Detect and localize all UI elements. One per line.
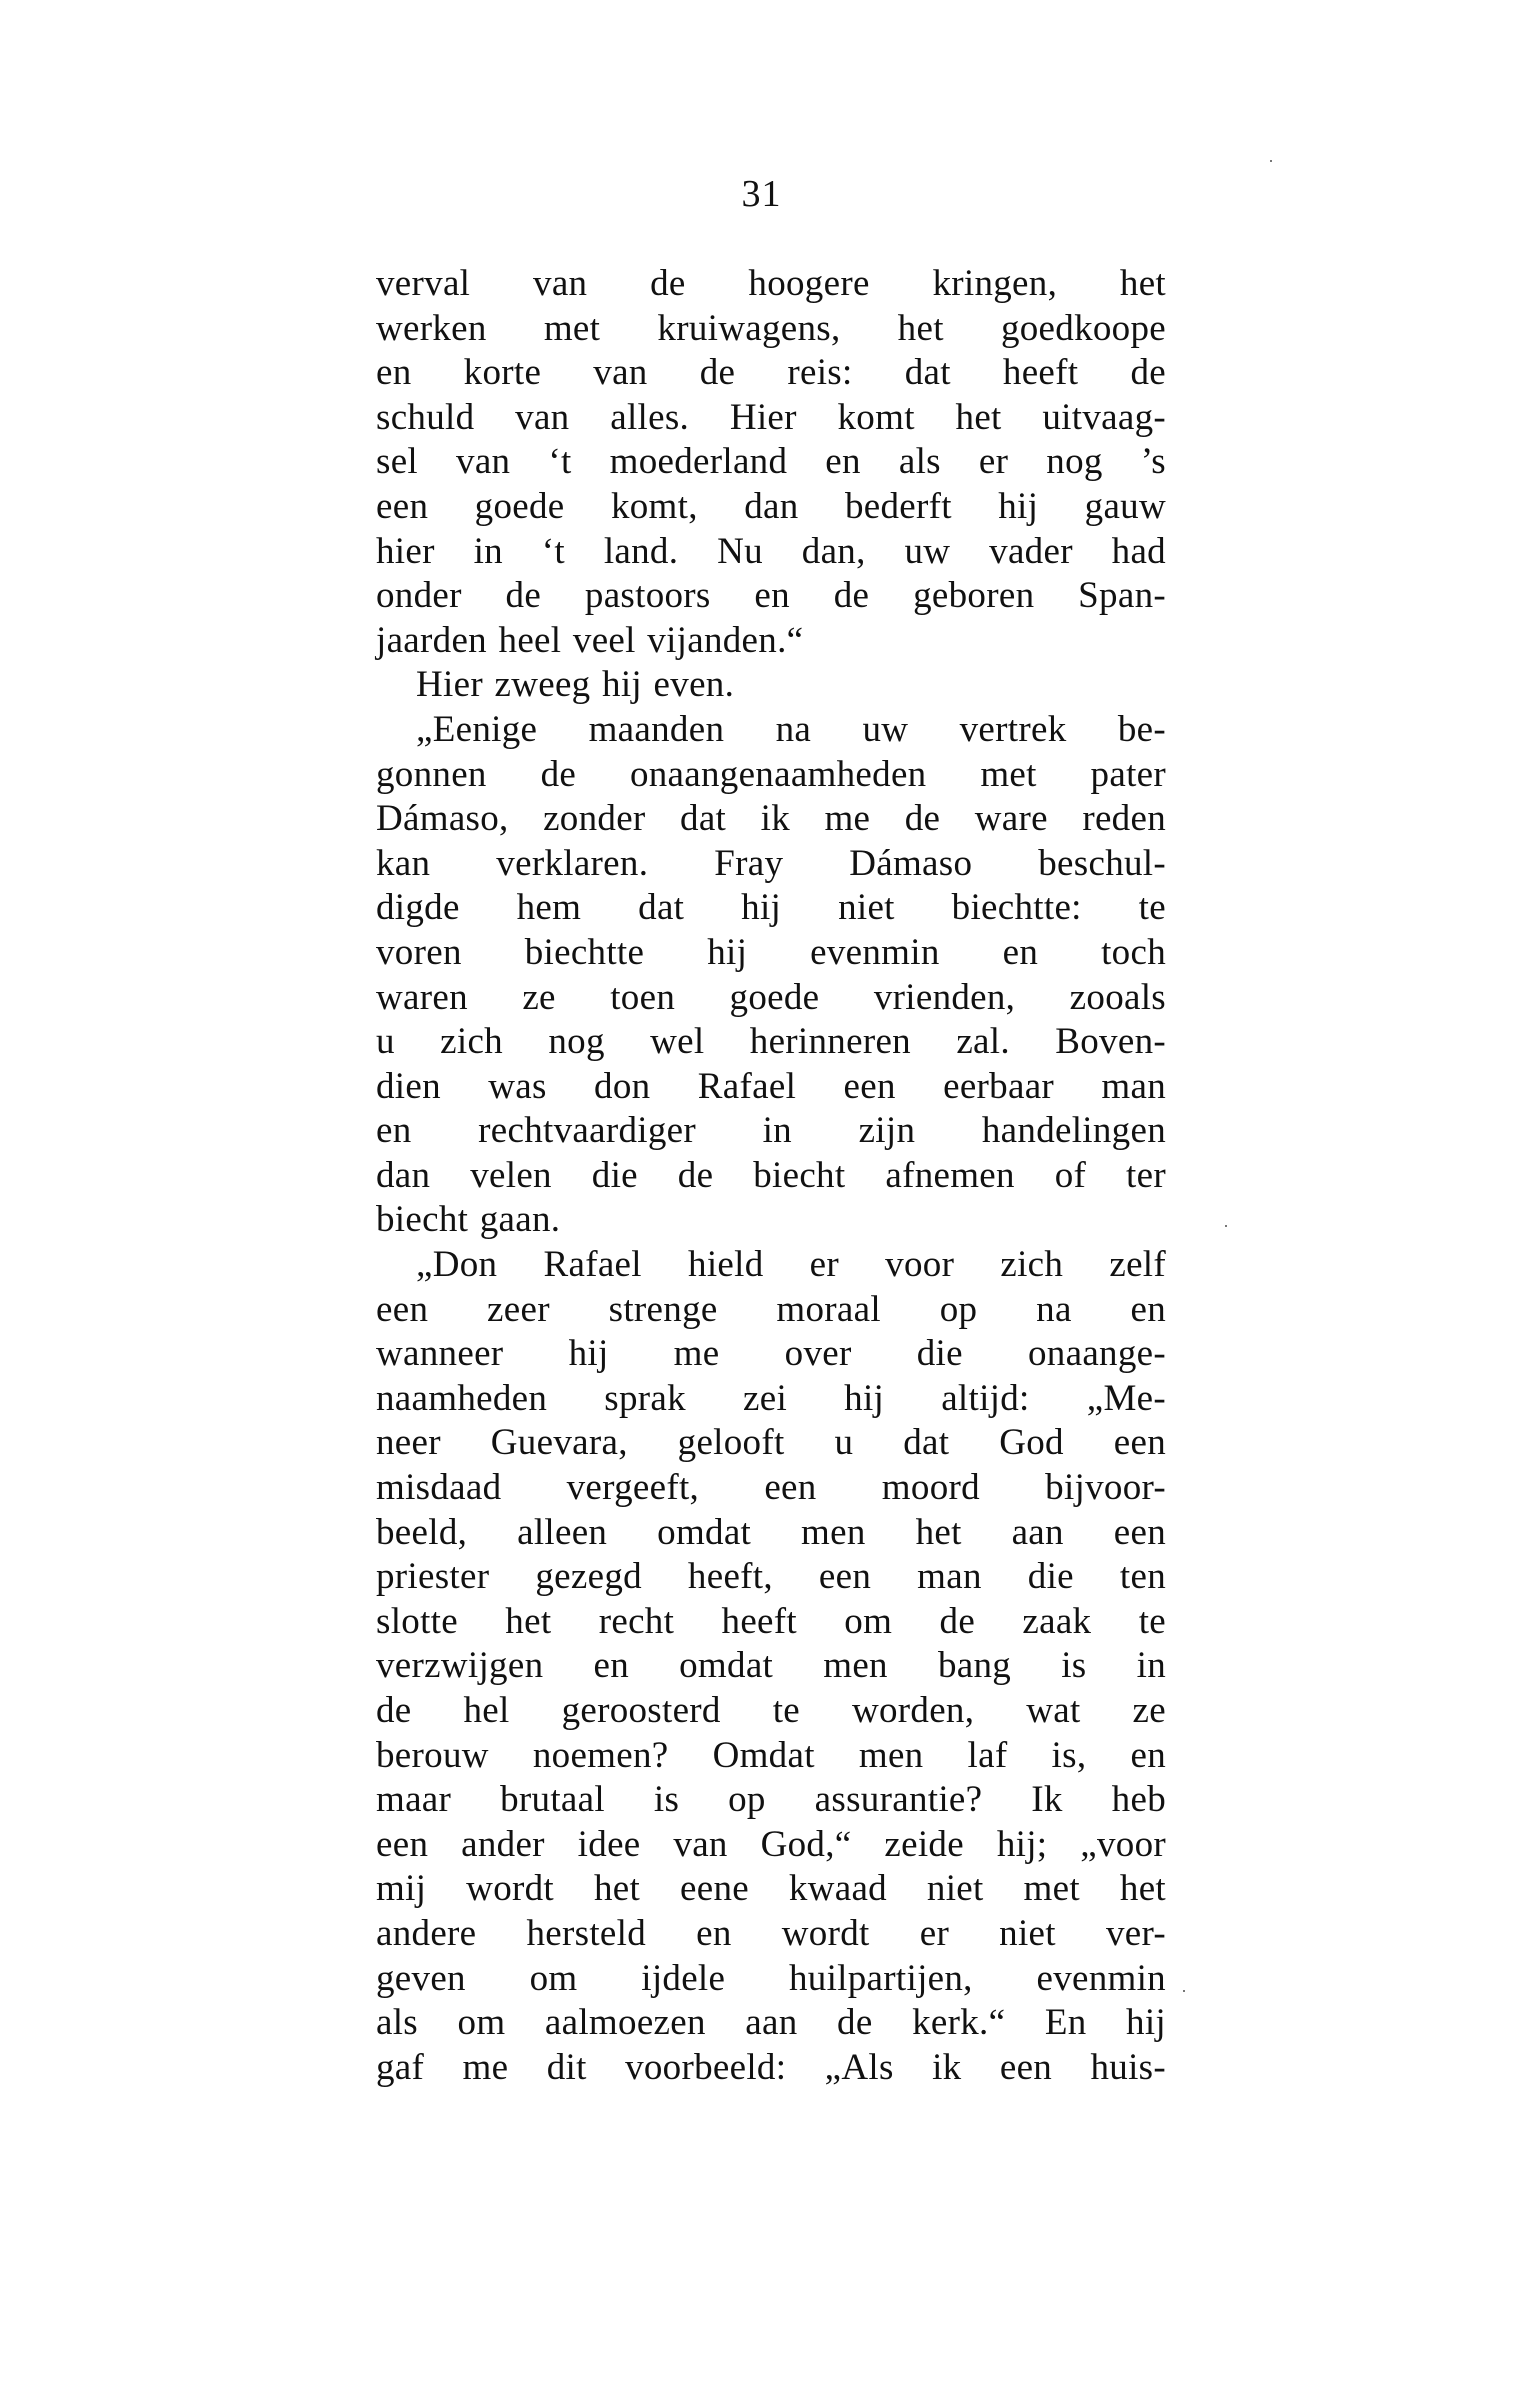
text-line: en korte van de reis: dat heeft de <box>376 351 1166 396</box>
text-line: waren ze toen goede vrienden, zooals <box>376 976 1166 1021</box>
scan-speck <box>1225 1225 1227 1227</box>
text-line: beeld, alleen omdat men het aan een <box>376 1511 1166 1556</box>
text-line: Hier zweeg hij even. <box>376 663 1166 708</box>
text-line: en rechtvaardiger in zijn handelingen <box>376 1109 1166 1154</box>
text-line: priester gezegd heeft, een man die ten <box>376 1555 1166 1600</box>
text-line: de hel geroosterd te worden, wat ze <box>376 1689 1166 1734</box>
scan-speck <box>1183 1990 1185 1992</box>
text-line: een goede komt, dan bederft hij gauw <box>376 485 1166 530</box>
text-line: jaarden heel veel vijanden.“ <box>376 619 1166 664</box>
text-line: gonnen de onaangenaamheden met pater <box>376 753 1166 798</box>
text-line: dien was don Rafael een eerbaar man <box>376 1065 1166 1110</box>
text-line: „Don Rafael hield er voor zich zelf <box>376 1243 1166 1288</box>
text-line: een ander idee van God,“ zeide hij; „voo… <box>376 1823 1166 1868</box>
text-line: maar brutaal is op assurantie? Ik heb <box>376 1778 1166 1823</box>
text-line: „Eenige maanden na uw vertrek be- <box>376 708 1166 753</box>
text-line: neer Guevara, gelooft u dat God een <box>376 1421 1166 1466</box>
text-line: een zeer strenge moraal op na en <box>376 1288 1166 1333</box>
scan-speck <box>1270 160 1272 162</box>
text-line: verval van de hoogere kringen, het <box>376 262 1166 307</box>
text-line: misdaad vergeeft, een moord bijvoor- <box>376 1466 1166 1511</box>
text-line: digde hem dat hij niet biechtte: te <box>376 886 1166 931</box>
text-line: slotte het recht heeft om de zaak te <box>376 1600 1166 1645</box>
text-line: als om aalmoezen aan de kerk.“ En hij <box>376 2001 1166 2046</box>
text-line: mij wordt het eene kwaad niet met het <box>376 1867 1166 1912</box>
page-number: 31 <box>0 172 1523 216</box>
text-line: naamheden sprak zei hij altijd: „Me- <box>376 1377 1166 1422</box>
text-line: dan velen die de biecht afnemen of ter <box>376 1154 1166 1199</box>
text-line: gaf me dit voorbeeld: „Als ik een huis- <box>376 2046 1166 2091</box>
body-text: verval van de hoogere kringen, hetwerken… <box>376 262 1166 2090</box>
text-line: werken met kruiwagens, het goedkoope <box>376 307 1166 352</box>
text-line: berouw noemen? Omdat men laf is, en <box>376 1734 1166 1779</box>
text-line: schuld van alles. Hier komt het uitvaag- <box>376 396 1166 441</box>
text-line: andere hersteld en wordt er niet ver- <box>376 1912 1166 1957</box>
text-line: geven om ijdele huilpartijen, evenmin <box>376 1957 1166 2002</box>
text-line: verzwijgen en omdat men bang is in <box>376 1644 1166 1689</box>
text-line: u zich nog wel herinneren zal. Boven- <box>376 1020 1166 1065</box>
text-line: hier in ‘t land. Nu dan, uw vader had <box>376 530 1166 575</box>
text-line: Dámaso, zonder dat ik me de ware reden <box>376 797 1166 842</box>
text-line: onder de pastoors en de geboren Span- <box>376 574 1166 619</box>
text-line: biecht gaan. <box>376 1198 1166 1243</box>
text-line: kan verklaren. Fray Dámaso beschul- <box>376 842 1166 887</box>
text-line: wanneer hij me over die onaange- <box>376 1332 1166 1377</box>
text-line: voren biechtte hij evenmin en toch <box>376 931 1166 976</box>
text-line: sel van ‘t moederland en als er nog ’s <box>376 440 1166 485</box>
